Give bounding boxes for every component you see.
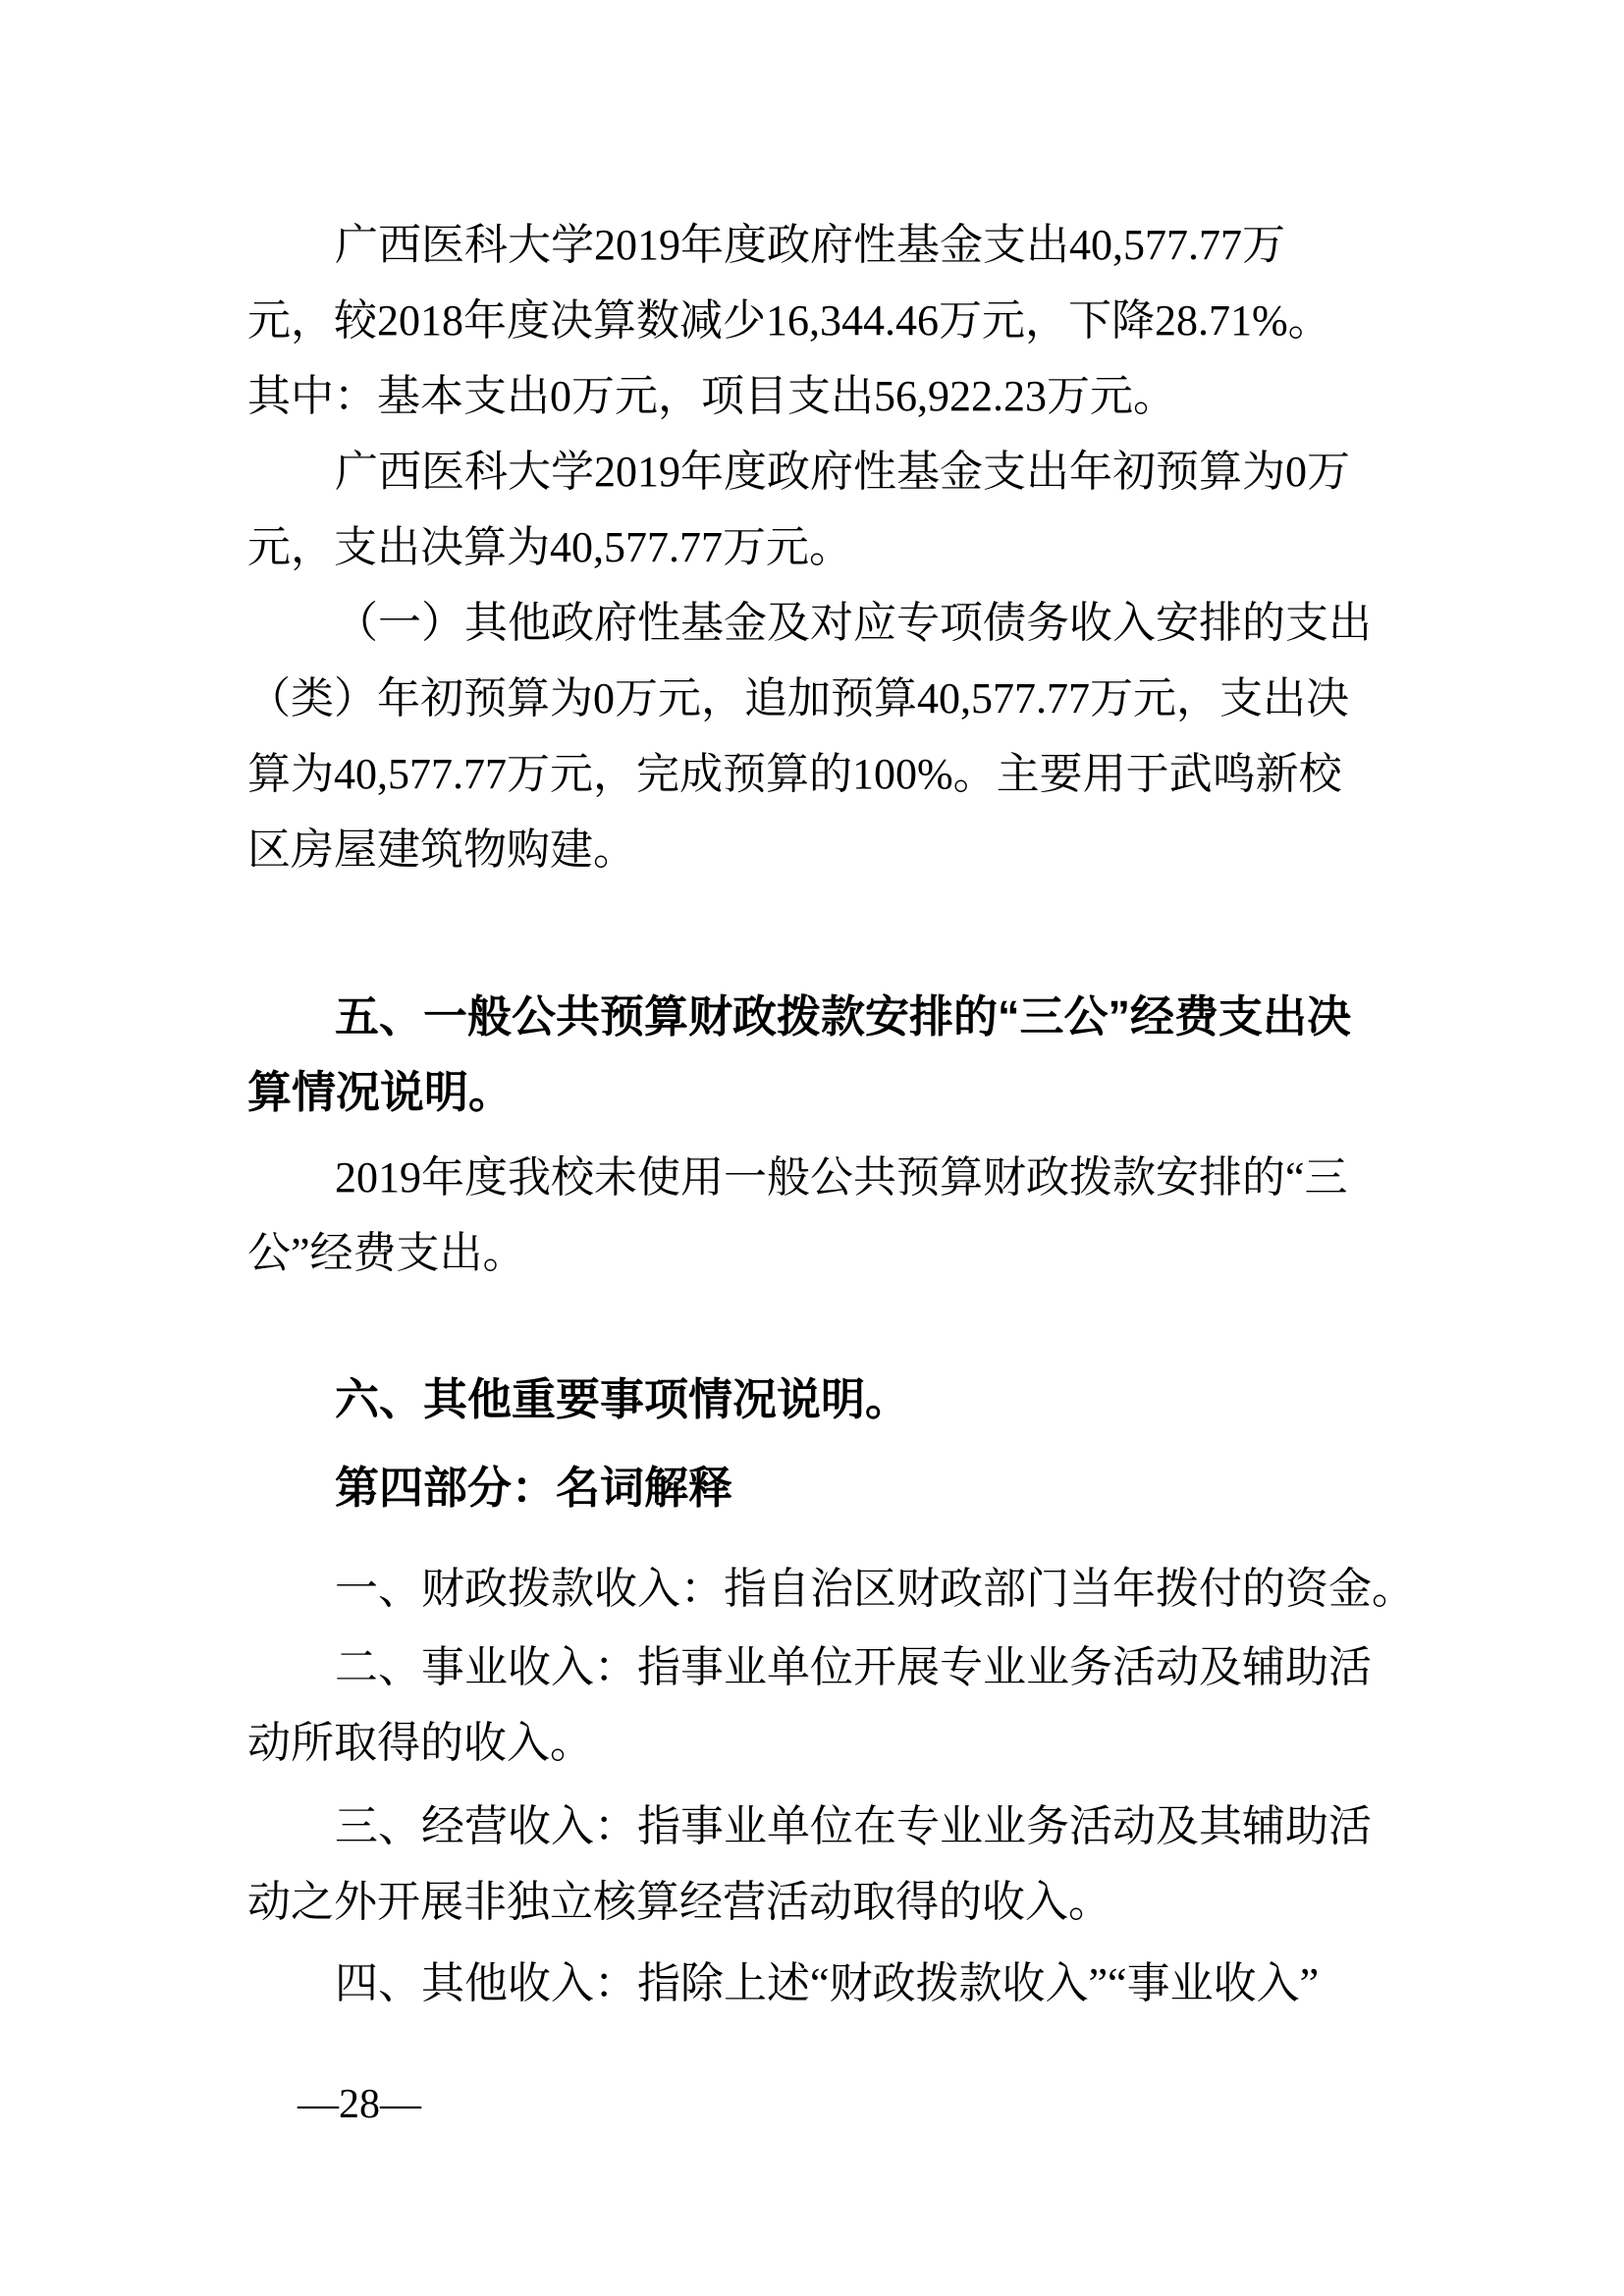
- heading-line: 算情况说明。: [247, 1054, 1435, 1130]
- text-line: （类）年初预算为0万元，追加预算40,577.77万元，支出决: [247, 661, 1435, 736]
- para-term-other-income: 四、其他收入：指除上述“财政拨款收入”“事业收入”: [247, 1946, 1435, 2021]
- heading-line: 第四部分：名词解释: [247, 1450, 1435, 1525]
- text-line: （一）其他政府性基金及对应专项债务收入安排的支出: [247, 585, 1435, 661]
- text-line: 其中：基本支出0万元，项目支出56,922.23万元。: [247, 358, 1435, 434]
- text-line: 动所取得的收入。: [247, 1705, 1435, 1781]
- text-line: 一、财政拨款收入：指自治区财政部门当年拨付的资金。: [247, 1551, 1435, 1627]
- text-line: 二、事业收入：指事业单位开展专业业务活动及辅助活: [247, 1629, 1435, 1705]
- heading-line: 五、一般公共预算财政拨款安排的“三公”经费支出决: [247, 979, 1435, 1054]
- text-line: 2019年度我校未使用一般公共预算财政拨款安排的“三: [247, 1140, 1435, 1215]
- para-gov-fund-expenditure-2019: 广西医科大学2019年度政府性基金支出40,577.77万 元，较2018年度决…: [247, 207, 1435, 434]
- page-number: —28—: [298, 2067, 421, 2143]
- para-three-public-funds-statement: 2019年度我校未使用一般公共预算财政拨款安排的“三 公”经费支出。: [247, 1140, 1435, 1291]
- para-term-business-income: 三、经营收入：指事业单位在专业业务活动及其辅助活 动之外开展非独立核算经营活动取…: [247, 1789, 1435, 1940]
- text-line: 三、经营收入：指事业单位在专业业务活动及其辅助活: [247, 1789, 1435, 1864]
- text-line: 公”经费支出。: [247, 1215, 1435, 1291]
- para-term-fiscal-appropriation-income: 一、财政拨款收入：指自治区财政部门当年拨付的资金。: [247, 1551, 1435, 1627]
- document-page: 广西医科大学2019年度政府性基金支出40,577.77万 元，较2018年度决…: [0, 0, 1624, 2296]
- document-content: 广西医科大学2019年度政府性基金支出40,577.77万 元，较2018年度决…: [247, 207, 1435, 2021]
- text-line: 广西医科大学2019年度政府性基金支出年初预算为0万: [247, 434, 1435, 509]
- heading-section-6-other-matters: 六、其他重要事项情况说明。: [247, 1362, 1435, 1437]
- text-line: 元，支出决算为40,577.77万元。: [247, 509, 1435, 585]
- heading-section-5-three-public-funds: 五、一般公共预算财政拨款安排的“三公”经费支出决 算情况说明。: [247, 979, 1435, 1130]
- para-gov-fund-budget-vs-final: 广西医科大学2019年度政府性基金支出年初预算为0万 元，支出决算为40,577…: [247, 434, 1435, 585]
- text-line: 算为40,577.77万元，完成预算的100%。主要用于武鸣新校: [247, 736, 1435, 812]
- text-line: 四、其他收入：指除上述“财政拨款收入”“事业收入”: [247, 1946, 1435, 2021]
- text-line: 元，较2018年度决算数减少16,344.46万元，下降28.71%。: [247, 283, 1435, 358]
- text-line: 区房屋建筑物购建。: [247, 812, 1435, 887]
- heading-part-4-glossary: 第四部分：名词解释: [247, 1450, 1435, 1525]
- text-line: 广西医科大学2019年度政府性基金支出40,577.77万: [247, 207, 1435, 283]
- heading-line: 六、其他重要事项情况说明。: [247, 1362, 1435, 1437]
- para-term-institutional-income: 二、事业收入：指事业单位开展专业业务活动及辅助活 动所取得的收入。: [247, 1629, 1435, 1781]
- para-other-gov-fund-detail: （一）其他政府性基金及对应专项债务收入安排的支出 （类）年初预算为0万元，追加预…: [247, 585, 1435, 887]
- text-line: 动之外开展非独立核算经营活动取得的收入。: [247, 1864, 1435, 1940]
